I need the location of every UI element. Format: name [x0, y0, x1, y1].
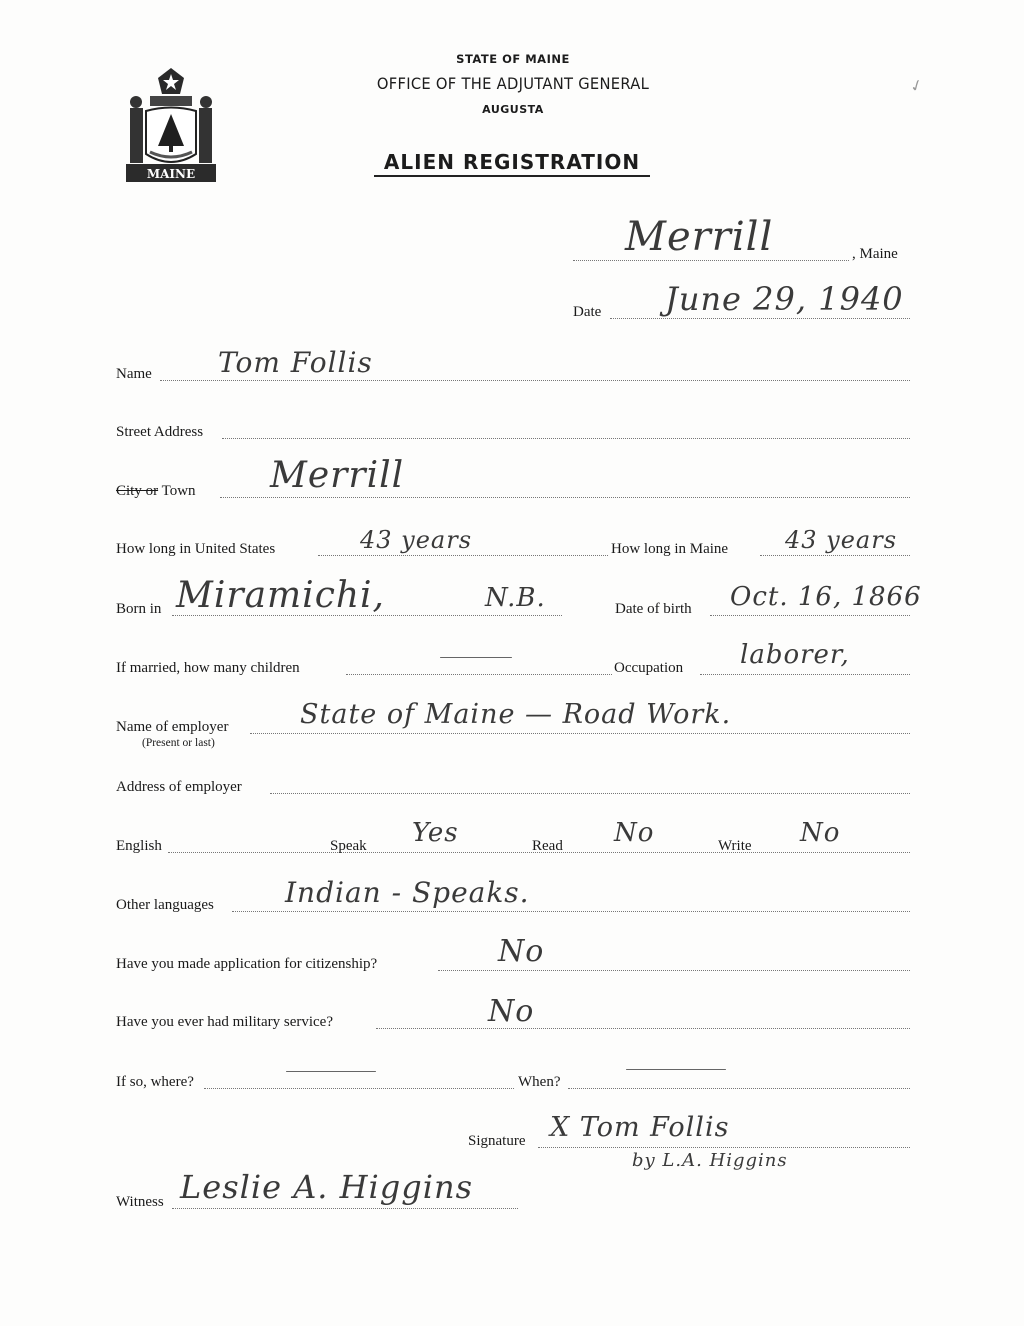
children-label: If married, how many children	[116, 660, 300, 677]
city-or-town-value[interactable]: Merrill	[270, 455, 404, 496]
date-of-birth-line	[710, 615, 910, 616]
town-header-suffix: , Maine	[852, 246, 898, 263]
employer-address-label: Address of employer	[116, 779, 242, 796]
street-address-line[interactable]	[222, 438, 910, 439]
signature-line	[538, 1147, 910, 1148]
witness-value[interactable]: Leslie A. Higgins	[180, 1168, 473, 1206]
occupation-line	[700, 674, 910, 675]
witness-label: Witness	[116, 1194, 164, 1211]
date-of-birth-label: Date of birth	[615, 601, 692, 618]
date-line	[610, 318, 910, 319]
when-label: When?	[518, 1074, 560, 1091]
employer-label: Name of employer	[116, 719, 228, 736]
signature-value[interactable]: X Tom Follis	[550, 1112, 729, 1143]
military-line	[376, 1028, 910, 1029]
employer-value[interactable]: State of Maine — Road Work.	[300, 699, 731, 730]
speak-value[interactable]: Yes	[412, 818, 459, 848]
english-label: English	[116, 838, 162, 855]
witness-line	[172, 1208, 518, 1209]
header-office: OFFICE OF THE ADJUTANT GENERAL	[329, 74, 697, 93]
born-in-value[interactable]: Miramichi,	[176, 575, 385, 616]
how-long-maine-label: How long in Maine	[611, 541, 728, 558]
signature-label: Signature	[468, 1133, 526, 1150]
born-in-label: Born in	[116, 601, 161, 618]
town-header-value[interactable]: Merrill	[625, 214, 773, 260]
occupation-value[interactable]: laborer,	[740, 640, 850, 670]
citizenship-value[interactable]: No	[498, 934, 544, 969]
write-label: Write	[718, 838, 752, 855]
street-address-label: Street Address	[116, 424, 203, 441]
town-label: Town	[162, 483, 196, 499]
signature-by: by L.A. Higgins	[632, 1150, 788, 1171]
other-languages-line	[232, 911, 910, 912]
when-line	[568, 1088, 910, 1089]
military-value[interactable]: No	[488, 994, 534, 1029]
employer-address-line[interactable]	[270, 793, 910, 794]
born-in-province[interactable]: N.B.	[485, 583, 546, 613]
city-or-town-line	[220, 497, 910, 498]
where-line	[204, 1088, 514, 1089]
citizenship-line	[438, 970, 910, 971]
how-long-us-value[interactable]: 43 years	[360, 526, 472, 554]
children-value-dash[interactable]	[440, 657, 512, 658]
employer-line	[250, 733, 910, 734]
name-line	[160, 380, 910, 381]
maine-state-seal-icon: MAINE	[118, 66, 224, 186]
town-header-line	[573, 260, 849, 261]
header-city: AUGUSTA	[313, 103, 713, 116]
read-label: Read	[532, 838, 563, 855]
how-long-us-line	[318, 555, 608, 556]
how-long-maine-line	[760, 555, 910, 556]
city-or-struck: City or	[116, 483, 158, 499]
occupation-label: Occupation	[614, 660, 683, 677]
svg-text:MAINE: MAINE	[147, 167, 195, 181]
employer-sublabel: (Present or last)	[142, 737, 215, 749]
citizenship-label: Have you made application for citizenshi…	[116, 956, 377, 973]
city-or-town-label: City or Town	[116, 483, 196, 500]
page-title: ALIEN REGISTRATION	[374, 150, 650, 177]
military-label: Have you ever had military service?	[116, 1014, 333, 1031]
where-label: If so, where?	[116, 1074, 194, 1091]
how-long-maine-value[interactable]: 43 years	[785, 526, 897, 554]
where-value-dash[interactable]	[286, 1071, 376, 1072]
children-line	[346, 674, 612, 675]
date-of-birth-value[interactable]: Oct. 16, 1866	[730, 582, 922, 612]
how-long-us-label: How long in United States	[116, 541, 275, 558]
date-value[interactable]: June 29, 1940	[665, 280, 904, 318]
speak-label: Speak	[330, 838, 367, 855]
date-label: Date	[573, 304, 601, 321]
read-value[interactable]: No	[614, 818, 654, 848]
name-label: Name	[116, 366, 152, 383]
check-mark-icon: ✓	[907, 74, 926, 97]
header-state: STATE OF MAINE	[313, 52, 713, 66]
name-value[interactable]: Tom Follis	[218, 346, 373, 379]
other-languages-label: Other languages	[116, 897, 214, 914]
when-value-dash[interactable]	[626, 1069, 726, 1070]
write-value[interactable]: No	[800, 818, 840, 848]
other-languages-value[interactable]: Indian - Speaks.	[285, 876, 530, 909]
